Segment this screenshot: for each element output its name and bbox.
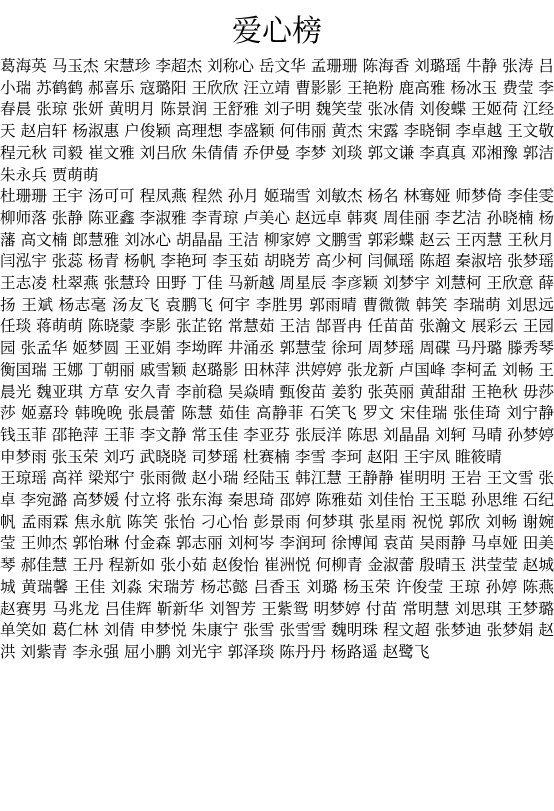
honor-roll-page: 爱心榜 葛海英 马玉杰 宋慧珍 李超杰 刘称心 岳文华 孟珊珊 陈海香 刘璐瑶 … bbox=[0, 0, 554, 664]
names-section-2: 杜珊珊 王宇 汤可可 程凤燕 程然 孙月 姬瑞雪 刘敏杰 杨名 林骞娅 师梦倚 … bbox=[0, 186, 554, 468]
page-title: 爱心榜 bbox=[0, 0, 554, 50]
names-section-3: 王琼瑶 高祥 梁郑宁 张雨微 赵小瑞 经陆玉 韩江慧 王静静 崔明明 王岩 王文… bbox=[0, 468, 554, 663]
names-section-1: 葛海英 马玉杰 宋慧珍 李超杰 刘称心 岳文华 孟珊珊 陈海香 刘璐瑶 牛静 张… bbox=[0, 56, 554, 186]
